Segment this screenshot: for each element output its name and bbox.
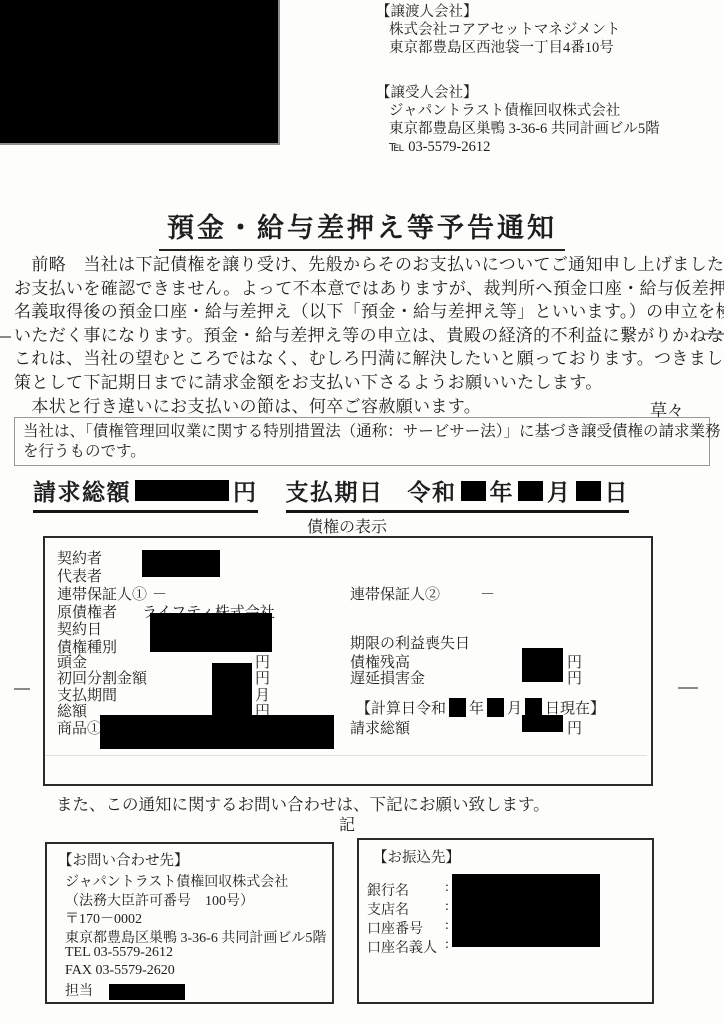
due-date-label: 支払期日 (286, 474, 384, 507)
assignee-heading: 【譲受人会社】 (376, 84, 660, 102)
contact-address: 東京都豊島区巣鴨 3-36-6 共同計画ビル5階 (65, 927, 326, 947)
margin-mark (0, 336, 11, 338)
body-line: いただく事になります。預金・給与差押え等の申立は、貴殿の経済的不利益に繋がりかね… (14, 324, 716, 348)
redaction-box-balance (522, 648, 563, 665)
contact-fax: FAX 03-5579-2620 (65, 963, 175, 979)
row-value: － (480, 583, 495, 604)
calc-unit-month: 月 (507, 697, 522, 718)
redaction-box-total-amount (135, 480, 229, 501)
bank-row-label: 支店名 (367, 903, 409, 918)
servicer-law-notice: 当社は、「債権管理回収業に関する特別措置法（通称：サービサー法）」に基づき譲受債… (14, 417, 710, 466)
row-label: 連帯保証人② (350, 583, 440, 604)
scanned-notice-document: 【譲渡人会社】 株式会社コアアセットマネジメント 東京都豊島区西池袋一丁目4番1… (0, 0, 724, 1024)
contact-box: 【お問い合わせ先】 ジャパントラスト債権回収株式会社 （法務大臣許可番号 100… (45, 842, 334, 1004)
bank-row-colon: : (445, 937, 449, 953)
claim-details-table: 契約者 代表者 － 連帯保証人① － 原債権者 ライフティ株式会社 契約日 債権… (43, 536, 653, 786)
redaction-box-month (518, 481, 543, 501)
redaction-box-product (100, 715, 334, 749)
assignor-company: 株式会社コアアセットマネジメント (376, 21, 620, 39)
calc-date-prefix: 【計算日令和 (356, 697, 446, 718)
redaction-box-contract-date (150, 613, 272, 652)
body-line: 本状と行き違いにお支払いの節は、何卒ご容赦願います。 (14, 395, 716, 419)
row-unit: 円 (567, 717, 582, 738)
contact-company: ジャパントラスト債権回収株式会社 (65, 871, 288, 891)
margin-mark (704, 333, 724, 335)
document-title: 預金・給与差押え等予告通知 (159, 206, 565, 251)
assignee-tel: ℡ 03-5579-2612 (376, 138, 660, 156)
redaction-box-recipient (0, 0, 280, 145)
margin-mark (678, 687, 698, 689)
redaction-box-calc-month (487, 698, 504, 717)
row-label: 商品① (57, 717, 102, 738)
servicer-note-line: を行うものです。 (23, 442, 701, 462)
assignee-block: 【譲受人会社】 ジャパントラスト債権回収株式会社 東京都豊島区巣鴨 3-36-6… (376, 84, 660, 156)
bank-box-heading: 【お振込先】 (373, 846, 460, 867)
unit-day: 日 (605, 474, 630, 507)
body-line: 前略 当社は下記債権を譲り受け、先般からそのお支払いについてご通知申し上げました… (14, 253, 716, 277)
row-unit: 円 (567, 667, 582, 688)
row-label: 遅延損害金 (350, 667, 425, 688)
document-title-row: 預金・給与差押え等予告通知 (0, 206, 724, 251)
contact-box-heading: 【お問い合わせ先】 (58, 849, 189, 870)
bank-row-colon: : (445, 918, 449, 934)
body-line: お支払いを確認できません。よって不本意ではありますが、裁判所へ預金口座・給与仮差… (14, 277, 716, 301)
claim-total-label: 請求総額 (33, 474, 131, 507)
assignor-block: 【譲渡人会社】 株式会社コアアセットマネジメント 東京都豊島区西池袋一丁目4番1… (376, 3, 620, 57)
redaction-box-calc-year (449, 698, 466, 717)
calc-unit-year: 年 (469, 697, 484, 718)
assignor-address: 東京都豊島区西池袋一丁目4番10号 (376, 39, 620, 57)
row-label: 期限の利益喪失日 (350, 632, 470, 653)
redaction-box-year (461, 481, 486, 501)
calc-date-line: 【計算日令和 年 月 日現在】 (356, 697, 605, 718)
body-line: これは、当社の望むところではなく、むしろ円満に解決したいと願っております。つきま… (14, 347, 716, 371)
bank-row-label: 口座番号 (367, 922, 423, 937)
bank-row-label: 銀行名 (367, 884, 409, 899)
claim-total-unit: 円 (233, 474, 258, 507)
assignee-company: ジャパントラスト債権回収株式会社 (376, 102, 660, 120)
contact-tel: TEL 03-5579-2612 (65, 945, 173, 961)
redaction-box-contractor (142, 550, 220, 577)
servicer-note-line: 当社は、「債権管理回収業に関する特別措置法（通称：サービサー法）」に基づき譲受債… (23, 422, 701, 442)
contact-person-label: 担当 (65, 984, 93, 999)
bank-row-label: 口座名義人 (367, 941, 437, 956)
bank-row: 支店名 : (367, 899, 409, 919)
body-line: 名義取得後の預金口座・給与差押え（以下「預金・給与差押え等」といいます。）の申立… (14, 300, 716, 324)
row-label: 請求総額 (350, 717, 410, 738)
redaction-box-bank-details (452, 874, 600, 947)
contact-postal: 〒170－0002 (65, 908, 142, 928)
unit-month: 月 (547, 474, 572, 507)
assignor-heading: 【譲渡人会社】 (376, 3, 620, 21)
redaction-box-person (109, 984, 185, 1000)
bank-row-colon: : (445, 899, 449, 915)
assignee-address: 東京都豊島区巣鴨 3-36-6 共同計画ビル5階 (376, 120, 660, 138)
era-label: 令和 (408, 474, 457, 507)
bank-row-colon: : (445, 880, 449, 896)
scan-artifact-line (45, 755, 647, 756)
contact-license: （法務大臣許可番号 100号） (65, 890, 254, 910)
bank-box: 【お振込先】 銀行名 : 支店名 : 口座番号 : 口座名義人 : (357, 838, 654, 1004)
claim-total-segment: 請求総額 円 (33, 474, 258, 513)
due-date-segment: 支払期日 令和 年 月 日 (286, 474, 630, 513)
claim-headline: 請求総額 円 支払期日 令和 年 月 日 (33, 474, 629, 513)
redaction-box-late-charges (522, 665, 563, 682)
redaction-box-day (576, 481, 601, 501)
redaction-box-claim-total (522, 715, 563, 732)
contact-person-row: 担当 (65, 980, 185, 1000)
redaction-box-installment (212, 663, 252, 715)
bank-row: 口座名義人 : (367, 937, 437, 957)
table-caption: 債権の表示 (43, 514, 651, 537)
bank-row: 銀行名 : (367, 880, 409, 900)
body-paragraph: 前略 当社は下記債権を譲り受け、先般からそのお支払いについてご通知申し上げました… (14, 253, 716, 442)
body-line: 策として下記期日までに請求金額をお支払い下さるようお願いいたします。 (14, 371, 716, 395)
margin-mark (14, 688, 30, 690)
unit-year: 年 (490, 474, 515, 507)
ki-mark: 記 (43, 812, 651, 835)
bank-row: 口座番号 : (367, 918, 423, 938)
